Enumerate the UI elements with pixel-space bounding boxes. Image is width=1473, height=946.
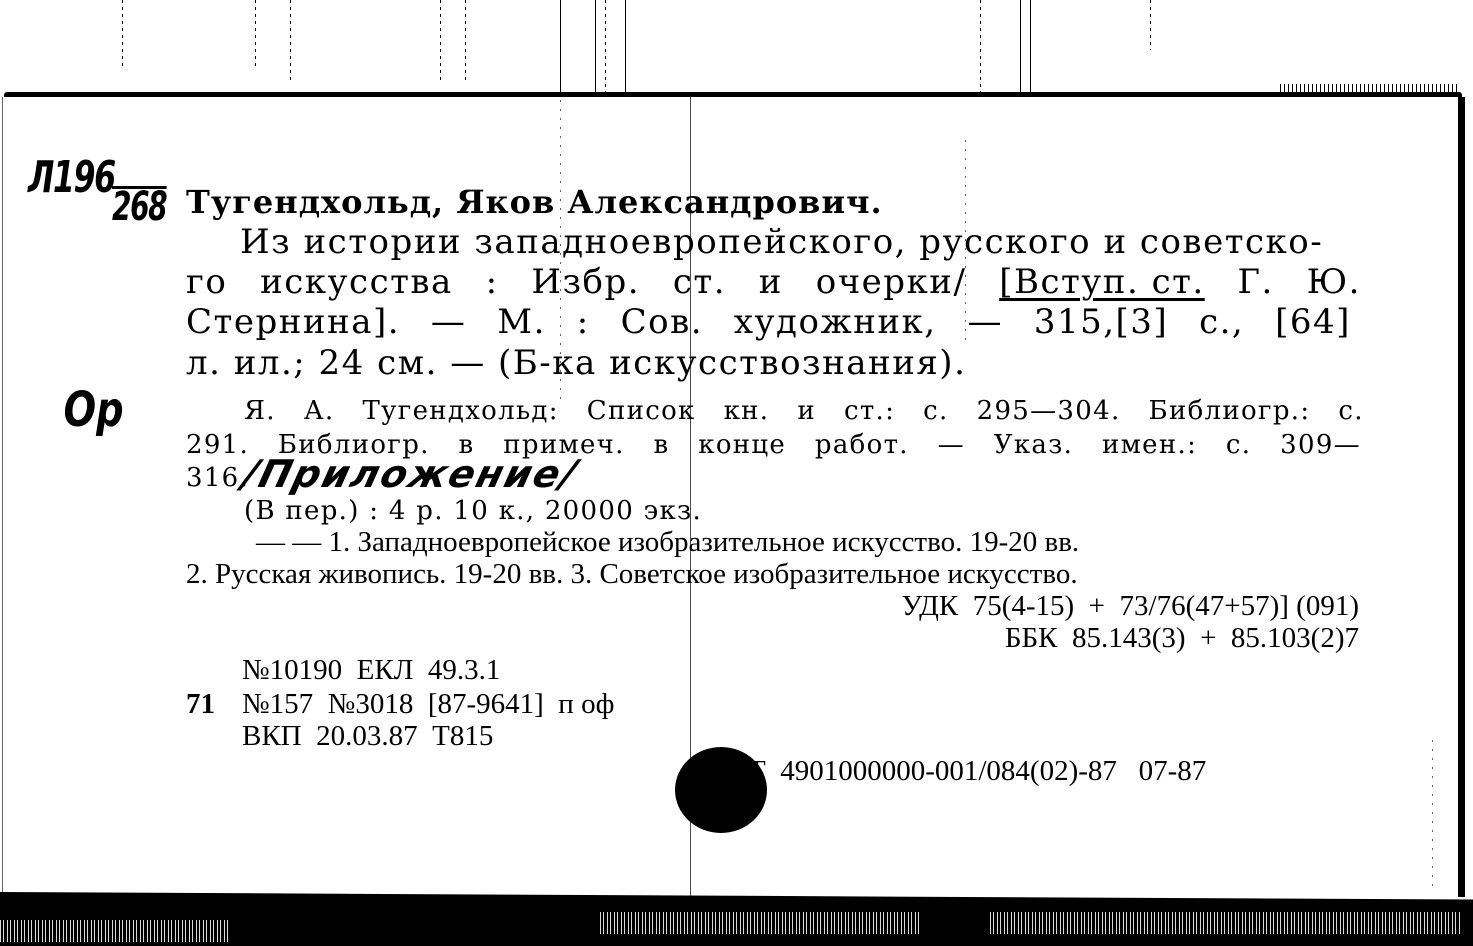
word: 295—304. bbox=[977, 396, 1121, 426]
title-line-2: го искусства : Избр. ст. и очерки/ [Всту… bbox=[186, 262, 1361, 302]
scan-artifact bbox=[990, 912, 1460, 934]
card-top-edge bbox=[4, 92, 1462, 97]
word: [64] bbox=[1275, 302, 1351, 342]
scan-artifact bbox=[440, 0, 441, 80]
word: 315,[3] bbox=[1034, 302, 1168, 342]
word: Указ. bbox=[994, 430, 1074, 460]
word: Сов. bbox=[621, 302, 703, 342]
word: с. bbox=[923, 396, 948, 426]
subject-line-1: — — 1. Западноевропейское изобразительно… bbox=[256, 526, 1079, 559]
shelf-mark-sub: 268 bbox=[112, 186, 166, 225]
word: с. bbox=[1338, 396, 1363, 426]
scan-artifact bbox=[1432, 740, 1433, 890]
word: : bbox=[486, 262, 499, 302]
scan-artifact bbox=[290, 0, 291, 80]
tech-line-1: №10190 ЕКЛ 49.3.1 bbox=[242, 654, 500, 687]
scan-artifact bbox=[625, 0, 626, 92]
shelf-mark: Л196 bbox=[28, 152, 115, 203]
word: М. bbox=[497, 302, 546, 342]
card-left-edge bbox=[2, 97, 3, 893]
scan-artifact bbox=[0, 920, 230, 942]
note-line-1: Я. А. Тугендхольд: Список кн. и ст.: с. … bbox=[244, 396, 1364, 426]
word: с., bbox=[1199, 302, 1244, 342]
scan-artifact bbox=[465, 0, 466, 80]
word: — bbox=[938, 430, 965, 460]
handwritten-annotation: /Приложение/ bbox=[239, 452, 584, 496]
word: 291. bbox=[186, 430, 249, 460]
title-line-3: Стернина]. — М. : Сов. художник, — 315,[… bbox=[186, 302, 1351, 342]
scan-artifact bbox=[560, 0, 561, 92]
word: Тугендхольд: bbox=[362, 396, 558, 426]
word: ст.: bbox=[844, 396, 895, 426]
underlined-intro: [Вступ. ст. bbox=[999, 262, 1205, 302]
scan-artifact bbox=[595, 0, 596, 92]
scan-artifact bbox=[1030, 0, 1031, 92]
word: и bbox=[759, 262, 783, 302]
word: ст. bbox=[673, 262, 726, 302]
word: Избр. bbox=[531, 262, 640, 302]
isbn-code: Т 4901000000-001/084(02)-87 07-87 bbox=[748, 755, 1206, 788]
subject-line-2: 2. Русская живопись. 19-20 вв. 3. Советс… bbox=[186, 558, 1078, 591]
scan-artifact bbox=[255, 0, 256, 70]
word: Я. bbox=[244, 396, 276, 426]
tech-line-2-prefix: 71 bbox=[186, 688, 215, 721]
word: имен.: bbox=[1102, 430, 1197, 460]
scan-artifact bbox=[1150, 0, 1151, 50]
word: го bbox=[186, 262, 227, 302]
word: Стернина]. bbox=[186, 302, 400, 342]
word: конце bbox=[698, 430, 786, 460]
card-right-edge bbox=[1458, 97, 1465, 897]
word: очерки/ bbox=[816, 262, 967, 302]
word: с. bbox=[1226, 430, 1251, 460]
word: Г. bbox=[1238, 262, 1274, 302]
word: художник, bbox=[734, 302, 937, 342]
bbk-code: ББК 85.143(3) + 85.103(2)7 bbox=[1005, 622, 1359, 655]
scan-artifact bbox=[605, 0, 606, 92]
word: — bbox=[967, 302, 1003, 342]
author-heading: Тугендхольд, Яков Александрович. bbox=[186, 183, 883, 221]
tech-line-2: №157 №3018 [87-9641] п оф bbox=[242, 688, 614, 721]
word: 309— bbox=[1280, 430, 1361, 460]
word: искусства bbox=[260, 262, 453, 302]
word: в bbox=[654, 430, 670, 460]
udk-code: УДК 75(4-15) + 73/76(47+57)] (091) bbox=[901, 590, 1359, 623]
word: Ю. bbox=[1307, 262, 1361, 302]
word: : bbox=[577, 302, 590, 342]
tech-line-3: ВКП 20.03.87 Т815 bbox=[242, 720, 493, 753]
word: А. bbox=[304, 396, 335, 426]
margin-annotation: Ор bbox=[64, 382, 124, 438]
word: Библиогр.: bbox=[1149, 396, 1311, 426]
punch-hole bbox=[675, 747, 767, 833]
word: и bbox=[797, 396, 816, 426]
scan-artifact bbox=[122, 0, 123, 70]
word: Список bbox=[587, 396, 696, 426]
scan-artifact bbox=[980, 0, 981, 92]
word: кн. bbox=[724, 396, 770, 426]
word: работ. bbox=[815, 430, 909, 460]
price-line: (В пер.) : 4 р. 10 к., 20000 экз. bbox=[244, 496, 702, 526]
scan-artifact bbox=[1280, 84, 1460, 92]
word: — bbox=[431, 302, 467, 342]
title-line-4: л. ил.; 24 см. — (Б-ка искусствознания). bbox=[186, 343, 966, 383]
title-line-1: Из истории западноевропейского, русского… bbox=[240, 222, 1323, 262]
scan-artifact bbox=[1020, 0, 1021, 92]
scan-artifact bbox=[600, 912, 920, 934]
